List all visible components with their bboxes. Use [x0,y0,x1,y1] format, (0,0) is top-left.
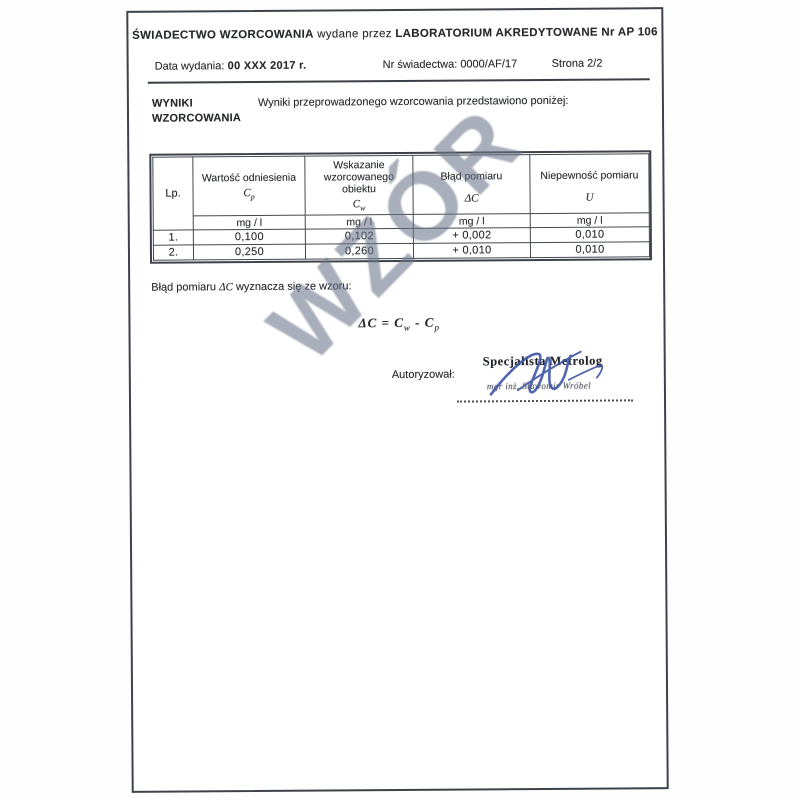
table-row: 2. 0,250 0,260 + 0,010 0,010 [153,242,649,260]
delta-c-symbol: ΔC [219,281,233,293]
row-index: 1. [153,230,193,245]
column-symbol: U [533,191,647,206]
table-header-indication: Wskazanie wzorcowanego obiektu Cw [305,155,413,215]
table-header-reference-value: Wartość odniesienia Cp [193,156,305,216]
indication-value: 0,260 [305,244,413,260]
results-heading-line1: WYNIKI [152,96,241,112]
column-symbol: ΔC [416,192,528,207]
certificate-title-lab: LABORATORIUM AKREDYTOWANE Nr AP 106 [395,26,658,40]
column-title: Niepewność pomiaru [532,169,646,182]
unit-cell: mg / l [193,215,305,230]
results-heading-line2: WZORCOWANIA [152,111,241,127]
unit-cell: mg / l [305,215,413,230]
error-value: + 0,010 [413,243,530,259]
scanned-certificate-page: ŚWIADECTWO WZORCOWANIA wydane przez LABO… [126,7,668,793]
column-symbol: Cw [308,198,411,213]
error-value: + 0,002 [413,228,530,244]
certificate-number: Nr świadectwa: 0000/AF/17 [383,58,518,71]
issue-date-value: 00 XXX 2017 r. [228,60,307,73]
column-symbol: Cp [196,187,303,202]
certificate-title-main: ŚWIADECTWO WZORCOWANIA [132,29,314,42]
results-heading: WYNIKI WZORCOWANIA [152,96,241,127]
table-header-row: Lp. Wartość odniesienia Cp Wskazanie wzo… [153,154,649,217]
certificate-title: ŚWIADECTWO WZORCOWANIA wydane przez LABO… [128,26,661,42]
uncertainty-value: 0,010 [530,227,649,243]
header-divider [148,78,650,84]
reference-value: 0,250 [193,244,305,260]
results-table-frame: Lp. Wartość odniesienia Cp Wskazanie wzo… [149,150,652,264]
table-header-measurement-error: Błąd pomiaru ΔC [413,155,530,215]
results-table: Lp. Wartość odniesienia Cp Wskazanie wzo… [152,153,650,261]
formula-intro-text: Błąd pomiaru ΔC wyznacza się ze wzoru: [151,280,351,293]
reference-value: 0,100 [193,229,305,245]
table-header-lp: Lp. [153,157,194,230]
issue-date-label: Data wydania: [155,60,225,72]
uncertainty-value: 0,010 [530,242,649,258]
handwritten-signature-ink [473,345,623,404]
table-header-uncertainty: Niepewność pomiaru U [530,154,649,214]
error-formula: ΔC = Cw - Cp [358,315,440,333]
indication-value: 0,102 [305,229,413,245]
column-title: Wskazanie wzorcowanego obiektu [307,159,410,196]
authorized-by-label: Autoryzował: [392,369,455,381]
column-title: Błąd pomiaru [415,170,527,183]
page-indicator: Strona 2/2 [552,58,603,70]
certificate-meta-row: Data wydania: 00 XXX 2017 r. Nr świadect… [129,57,662,61]
unit-cell: mg / l [530,213,649,228]
unit-cell: mg / l [413,214,530,229]
certificate-title-connector: wydane przez [317,28,392,41]
column-title: Wartość odniesienia [195,172,302,185]
row-index: 2. [153,245,193,260]
results-intro-text: Wyniki przeprowadzonego wzorcowania prze… [258,95,569,109]
